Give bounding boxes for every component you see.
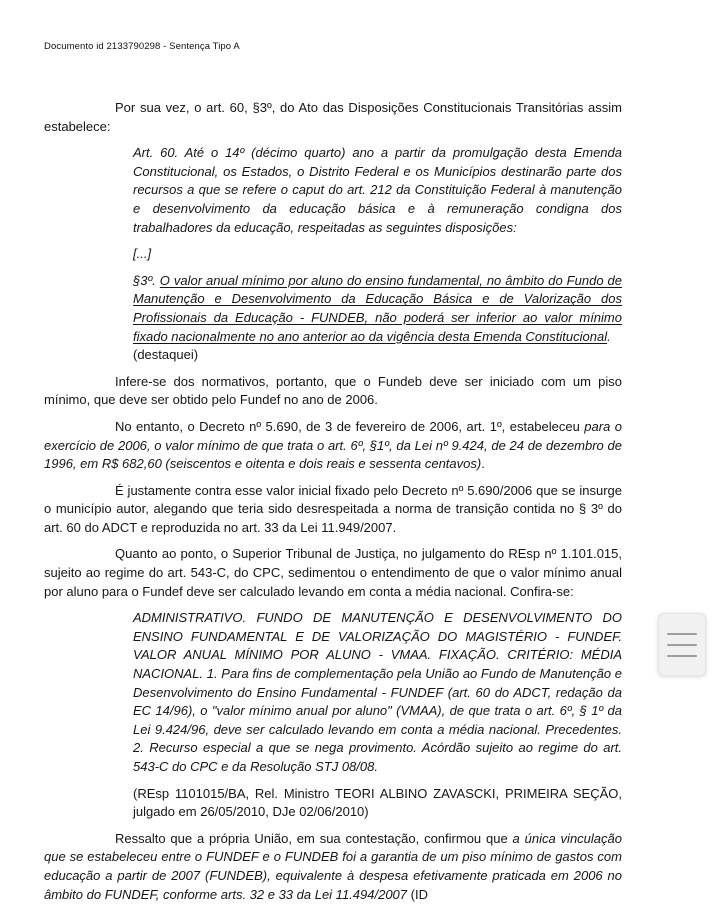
document-id-header: Documento id 2133790298 - Sentença Tipo … (44, 41, 240, 52)
text-segment: . (481, 456, 485, 471)
text-segment: [...] (133, 246, 151, 261)
paragraph-infere-se: Infere-se dos normativos, portanto, que … (44, 373, 622, 410)
hamburger-icon-line (667, 633, 697, 635)
text-segment: Ressalto que a própria União, em sua con… (115, 831, 513, 846)
paragraph-decreto-5690: No entanto, o Decreto nº 5.690, de 3 de … (44, 418, 622, 474)
quote-ellipsis: [...] (133, 245, 622, 264)
text-segment: O valor anual mínimo por aluno do ensino… (133, 273, 622, 344)
paragraph-stj-resp: Quanto ao ponto, o Superior Tribunal de … (44, 545, 622, 601)
quote-paragrafo-3: §3º. O valor anual mínimo por aluno do e… (133, 272, 622, 365)
text-segment: Por sua vez, o art. 60, §3º, do Ato das … (44, 100, 622, 134)
quote-art-60: Art. 60. Até o 14º (décimo quarto) ano a… (133, 144, 622, 237)
text-segment: ADMINISTRATIVO. FUNDO DE MANUTENÇÃO E DE… (133, 610, 622, 774)
document-content: Por sua vez, o art. 60, §3º, do Ato das … (44, 99, 622, 912)
paragraph-ressalto-uniao: Ressalto que a própria União, em sua con… (44, 830, 622, 904)
text-segment: No entanto, o Decreto nº 5.690, de 3 de … (115, 419, 584, 434)
text-segment: Art. 60. Até o 14º (décimo quarto) ano a… (133, 145, 622, 234)
hamburger-icon-line (667, 655, 697, 657)
paragraph-insurgencia: É justamente contra esse valor inicial f… (44, 482, 622, 538)
quote-ementa-resp: ADMINISTRATIVO. FUNDO DE MANUTENÇÃO E DE… (133, 609, 622, 776)
text-segment: É justamente contra esse valor inicial f… (44, 483, 622, 535)
paragraph-adct-intro: Por sua vez, o art. 60, §3º, do Ato das … (44, 99, 622, 136)
text-segment: (ID (407, 887, 428, 902)
text-segment: (destaquei) (133, 346, 622, 365)
text-segment: (REsp 1101015/BA, Rel. Ministro TEORI AL… (133, 786, 622, 820)
hamburger-icon-line (667, 644, 697, 646)
text-segment: . (607, 329, 611, 344)
text-segment: Infere-se dos normativos, portanto, que … (44, 374, 622, 408)
scroll-handle-button[interactable] (658, 613, 706, 676)
hamburger-icon (667, 633, 697, 657)
quote-citacao-resp: (REsp 1101015/BA, Rel. Ministro TEORI AL… (133, 785, 622, 822)
text-segment: §3º. (133, 273, 160, 288)
document-page: Documento id 2133790298 - Sentença Tipo … (0, 0, 720, 924)
text-segment: Quanto ao ponto, o Superior Tribunal de … (44, 546, 622, 598)
